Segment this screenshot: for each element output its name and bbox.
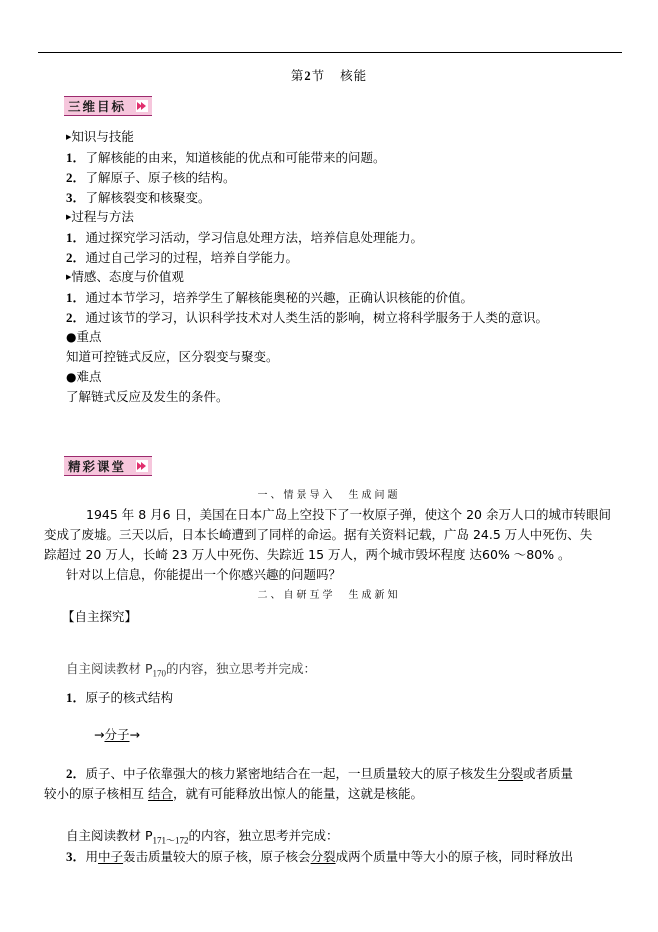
knowledge-item: 2．了解原子、原子核的结构。 <box>66 167 236 186</box>
question-3: 3．用中子轰击质量较大的原子核，原子核会分裂成两个质量中等大小的原子核，同时释放… <box>66 846 573 865</box>
intro-paragraph: 1945 年 8 月6 日，美国在日本广岛上空投下了一枚原子弹，使这个 20 余… <box>66 505 626 585</box>
self-explore-label: 【自主探究】 <box>62 607 137 625</box>
title-topic: 核能 <box>340 68 367 83</box>
knowledge-item: 1．了解核能的由来，知道核能的优点和可能带来的问题。 <box>66 147 386 166</box>
answer-blank: 分裂 <box>311 849 336 864</box>
knowledge-heading: ▶知识与技能 <box>66 127 134 145</box>
key-point-text: 知道可控链式反应，区分裂变与聚变。 <box>66 347 279 365</box>
intro-line: 变成了废墟。三天以后，日本长崎遭到了同样的命运。据有关资料记载，广岛 24.5 … <box>44 525 626 545</box>
arrow-right-icon: → <box>130 727 140 742</box>
page-title: 第2节 核能 <box>0 66 658 84</box>
question-2: 2．质子、中子依靠强大的核力紧密地结合在一起，一旦质量较大的原子核发生分裂或者质… <box>44 764 624 804</box>
values-item: 2．通过该节的学习，认识科学技术对人类生活的影响，树立将科学服务于人类的意识。 <box>66 307 548 326</box>
question-1-answer: →分子→ <box>94 725 140 743</box>
difficulty-heading: ●难点 <box>66 367 102 385</box>
intro-line: 1945 年 8 月6 日，美国在日本广岛上空投下了一枚原子弹，使这个 20 余… <box>66 505 626 525</box>
top-rule <box>38 52 622 53</box>
answer-blank: 结合 <box>148 786 173 801</box>
difficulty-text: 了解链式反应及发生的条件。 <box>66 387 229 405</box>
double-arrow-icon <box>136 460 148 472</box>
reading-instruction-2: 自主阅读教材 P171～172的内容，独立思考并完成： <box>66 826 339 847</box>
question-1: 1．原子的核式结构 <box>66 687 173 706</box>
part1-heading: 一、情景导入 生成问题 <box>0 486 658 501</box>
process-item: 1．通过探究学习活动，学习信息处理方法，培养信息处理能力。 <box>66 227 423 246</box>
knowledge-item: 3．了解核裂变和核聚变。 <box>66 187 211 206</box>
key-point-heading: ●重点 <box>66 327 102 345</box>
process-heading: ▶过程与方法 <box>66 207 134 225</box>
bullet-dot-icon: ● <box>66 370 76 384</box>
reading-instruction-1: 自主阅读教材 P170的内容，独立思考并完成： <box>66 659 316 679</box>
answer-blank: 中子 <box>98 849 123 864</box>
double-arrow-icon <box>136 100 148 112</box>
goals-banner: 三维目标 <box>64 96 152 116</box>
answer-blank: 分裂 <box>498 766 523 781</box>
answer-blank: 分子 <box>104 727 129 742</box>
part2-heading: 二、自研互学 生成新知 <box>0 586 658 601</box>
intro-line: 踪超过 20 万人，长崎 23 万人中死伤、失踪近 15 万人，两个城市毁坏程度… <box>44 545 626 565</box>
title-section: 第 <box>291 68 305 83</box>
title-number: 2 <box>304 69 311 83</box>
arrow-right-icon: → <box>94 727 104 742</box>
values-heading: ▶情感、态度与价值观 <box>66 267 184 285</box>
goals-banner-label: 三维目标 <box>64 97 126 115</box>
intro-question: 针对以上信息，你能提出一个你感兴趣的问题吗？ <box>66 565 626 585</box>
classroom-banner: 精彩课堂 <box>64 456 152 476</box>
values-item: 1．通过本节学习，培养学生了解核能奥秘的兴趣，正确认识核能的价值。 <box>66 287 473 306</box>
bullet-dot-icon: ● <box>66 330 76 344</box>
title-suffix: 节 <box>312 68 326 83</box>
classroom-banner-label: 精彩课堂 <box>64 457 126 475</box>
process-item: 2．通过自己学习的过程，培养自学能力。 <box>66 247 298 266</box>
